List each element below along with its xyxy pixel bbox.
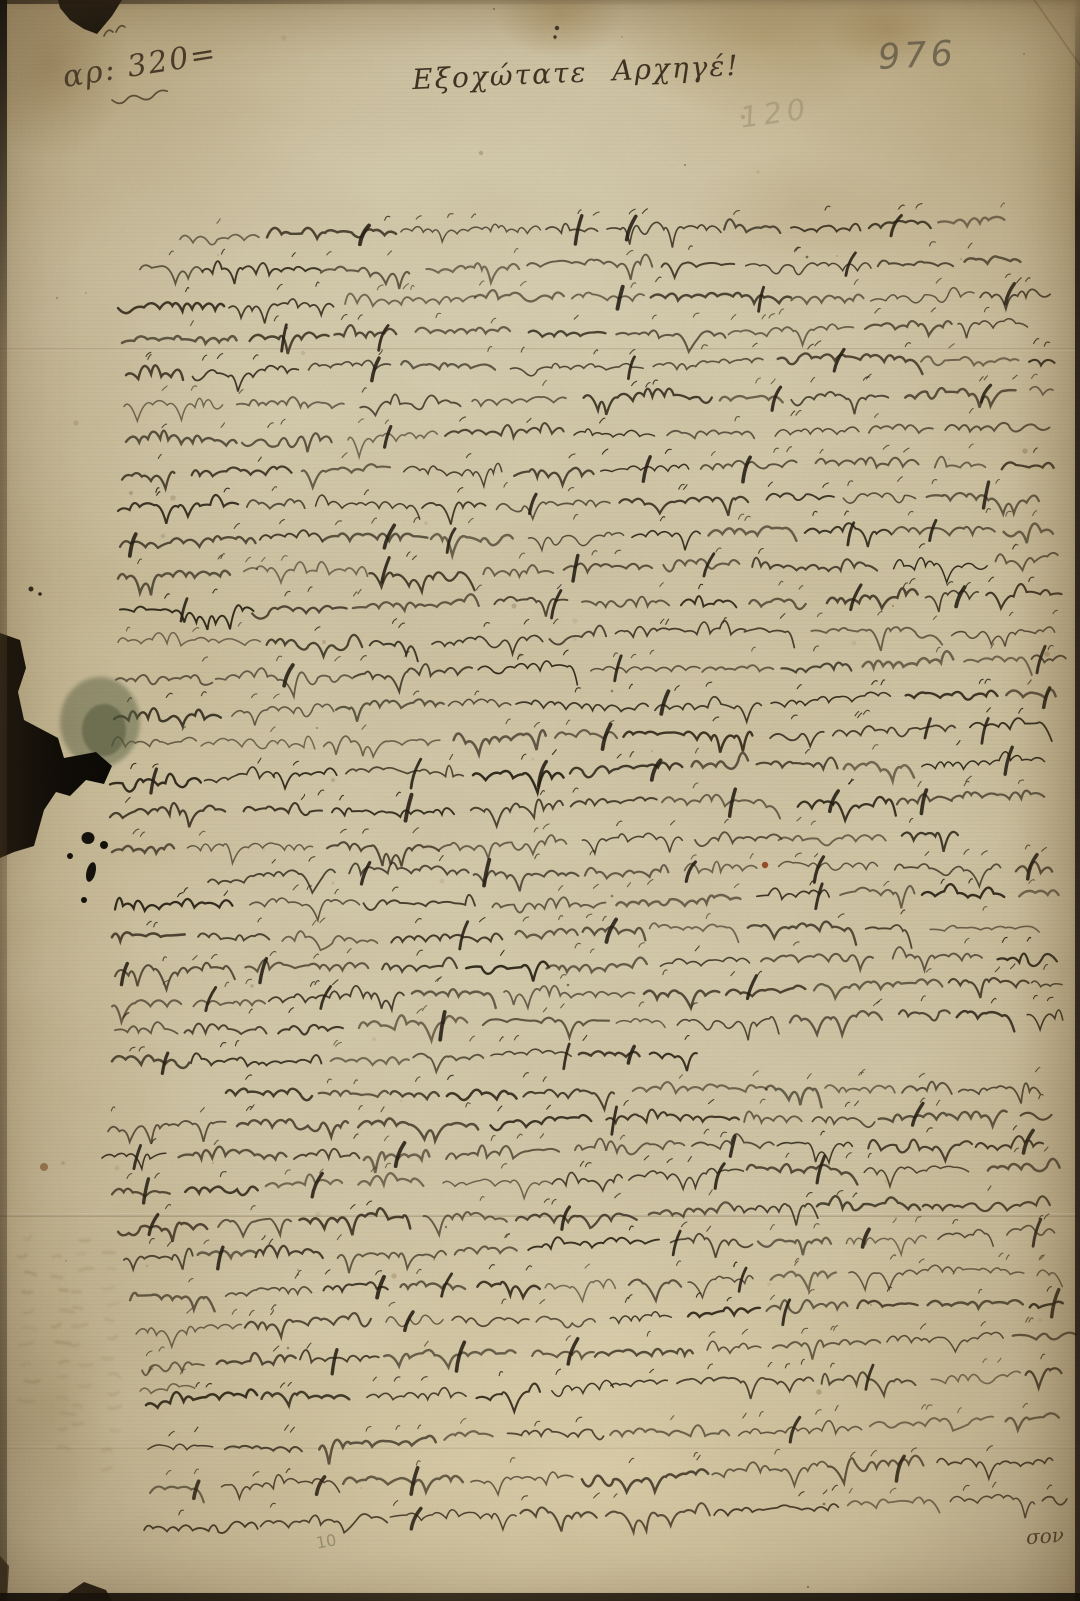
- manuscript-scan: αρ: 320= Εξοχώτατε Αρχηγέ! 976 120 10 σο…: [0, 0, 1080, 1601]
- paper-surface: [0, 0, 1080, 1601]
- sheet-edge-bottom: [0, 1593, 1080, 1601]
- sheet-edge-left: [0, 0, 7, 1601]
- sheet-edge-right: [1075, 0, 1080, 1601]
- sheet-edge-top: [0, 0, 1080, 4]
